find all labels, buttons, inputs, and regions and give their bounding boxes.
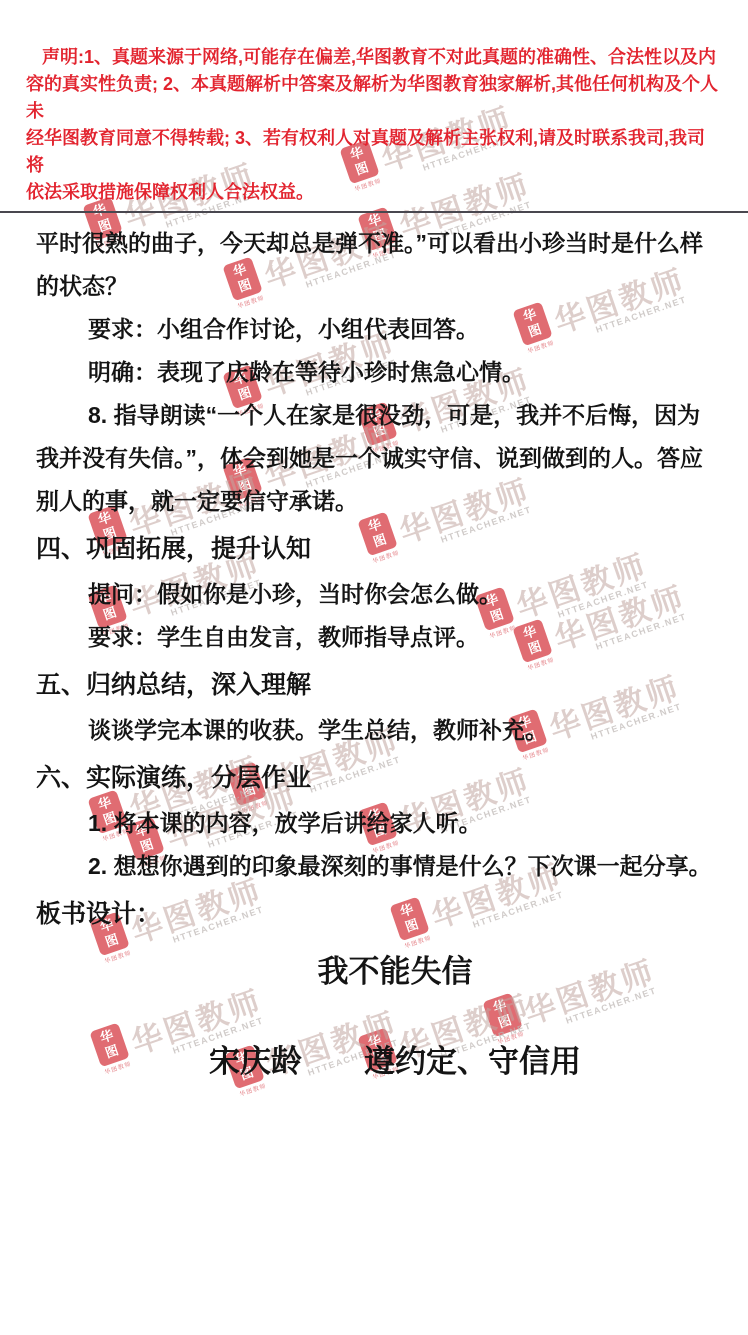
disclaimer-line: 依法采取措施保障权利人合法权益。 bbox=[26, 179, 722, 206]
paragraph: 要求：学生自由发言，教师指导点评。 bbox=[36, 616, 714, 659]
section-heading-4: 四、巩固拓展，提升认知 bbox=[36, 528, 714, 571]
section-heading-5: 五、归纳总结，深入理解 bbox=[36, 664, 714, 707]
board-title-line: 我不能失信 bbox=[56, 952, 734, 992]
paragraph: 明确：表现了庆龄在等待小珍时焦急心情。 bbox=[36, 351, 714, 394]
paragraph: 1. 将本课的内容，放学后讲给家人听。 bbox=[36, 802, 714, 845]
section-heading-6: 六、实际演练，分层作业 bbox=[36, 757, 714, 800]
paragraph: 谈谈学完本课的收获。学生总结，教师补充。 bbox=[36, 709, 714, 752]
board-content-line: 宋庆龄 遵约定、守信用 bbox=[56, 1042, 734, 1082]
disclaimer-label: 声明: bbox=[42, 47, 84, 67]
document-page: 声明:1、真题来源于网络,可能存在偏差,华图教育不对此真题的准确性、合法性以及内… bbox=[0, 44, 748, 1082]
disclaimer-line: 声明:1、真题来源于网络,可能存在偏差,华图教育不对此真题的准确性、合法性以及内 bbox=[26, 44, 722, 71]
disclaimer-line: 经华图教育同意不得转载; 3、若有权利人对真题及解析主张权利,请及时联系我司,我… bbox=[26, 125, 722, 179]
paragraph: 要求：小组合作讨论，小组代表回答。 bbox=[36, 308, 714, 351]
board-design: 我不能失信 宋庆龄 遵约定、守信用 bbox=[56, 952, 734, 1082]
separator-line bbox=[0, 211, 748, 213]
disclaimer-line: 容的真实性负责; 2、本真题解析中答案及解析为华图教育独家解析,其他任何机构及个… bbox=[26, 71, 722, 125]
paragraph: 8. 指导朗读“一个人在家是很没劲，可是，我并不后悔，因为我并没有失信。”，体会… bbox=[36, 394, 714, 523]
disclaimer: 声明:1、真题来源于网络,可能存在偏差,华图教育不对此真题的准确性、合法性以及内… bbox=[26, 44, 722, 206]
paragraph: 提问：假如你是小珍，当时你会怎么做。 bbox=[36, 573, 714, 616]
paragraph: 平时很熟的曲子，今天却总是弹不准。”可以看出小珍当时是什么样的状态？ bbox=[36, 222, 714, 308]
lesson-plan-body: 平时很熟的曲子，今天却总是弹不准。”可以看出小珍当时是什么样的状态？ 要求：小组… bbox=[36, 222, 714, 1082]
paragraph: 2. 想想你遇到的印象最深刻的事情是什么？下次课一起分享。 bbox=[36, 845, 714, 888]
board-design-label: 板书设计： bbox=[36, 893, 714, 936]
